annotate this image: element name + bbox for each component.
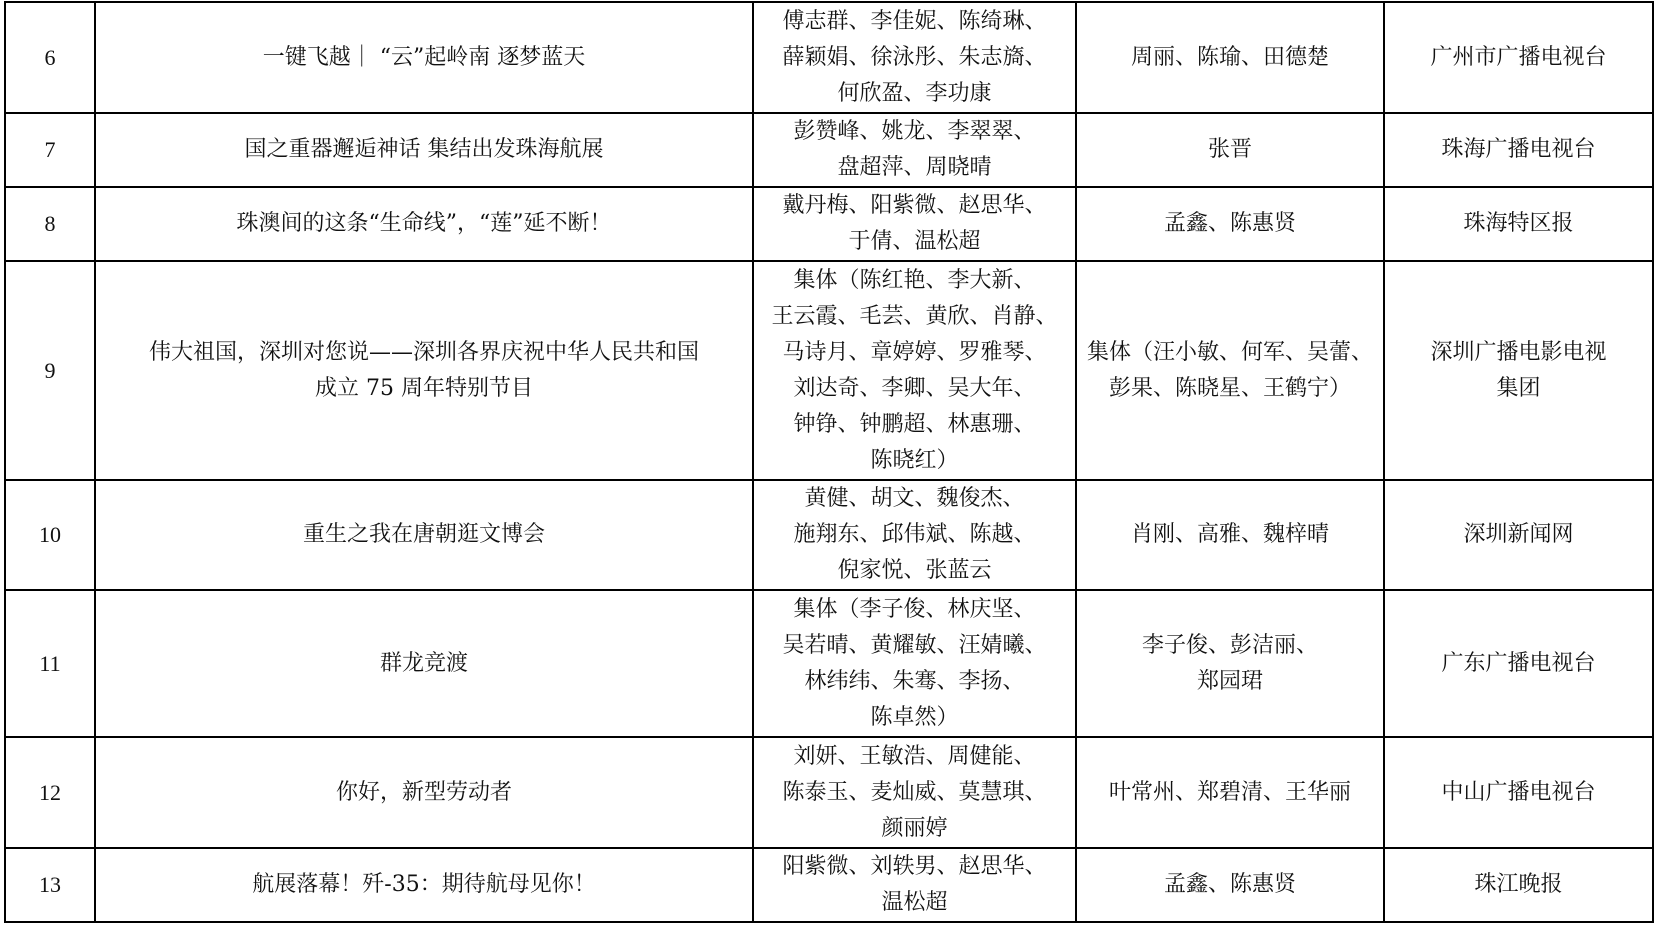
work-title-line: 一键飞越｜ “云”起岭南 逐梦蓝天 bbox=[102, 40, 746, 76]
creators-line: 傅志群、李佳妮、陈绮琳、 bbox=[760, 4, 1069, 40]
creators-line: 于倩、温松超 bbox=[760, 224, 1069, 260]
editors-cell: 孟鑫、陈惠贤 bbox=[1076, 848, 1384, 922]
organization-cell: 珠海广播电视台 bbox=[1384, 113, 1653, 187]
creators-line: 倪家悦、张蓝云 bbox=[760, 553, 1069, 589]
organization-line: 深圳广播电影电视 bbox=[1391, 335, 1646, 371]
organization-cell: 珠江晚报 bbox=[1384, 848, 1653, 922]
creators-line: 集体（李子俊、林庆坚、 bbox=[760, 592, 1069, 628]
row-number: 8 bbox=[5, 187, 95, 261]
creators-line: 彭赞峰、姚龙、李翠翠、 bbox=[760, 114, 1069, 150]
creators-line: 林纬纬、朱骞、李扬、 bbox=[760, 664, 1069, 700]
creators-cell: 彭赞峰、姚龙、李翠翠、 盘超萍、周晓晴 bbox=[753, 113, 1076, 187]
organization-line: 广东广播电视台 bbox=[1391, 646, 1646, 682]
creators-line: 戴丹梅、阳紫微、赵思华、 bbox=[760, 188, 1069, 224]
editors-cell: 周丽、陈瑜、田德楚 bbox=[1076, 2, 1384, 113]
creators-cell: 傅志群、李佳妮、陈绮琳、 薛颖娟、徐泳彤、朱志旖、 何欣盈、李功康 bbox=[753, 2, 1076, 113]
organization-line: 广州市广播电视台 bbox=[1391, 40, 1646, 76]
table-row: 12 你好，新型劳动者 刘妍、王敏浩、周健能、 陈泰玉、麦灿威、莫慧琪、 颜丽婷… bbox=[5, 737, 1653, 848]
editors-cell: 叶常州、郑碧清、王华丽 bbox=[1076, 737, 1384, 848]
table-row: 6 一键飞越｜ “云”起岭南 逐梦蓝天 傅志群、李佳妮、陈绮琳、 薛颖娟、徐泳彤… bbox=[5, 2, 1653, 113]
editors-cell: 张晋 bbox=[1076, 113, 1384, 187]
creators-cell: 刘妍、王敏浩、周健能、 陈泰玉、麦灿威、莫慧琪、 颜丽婷 bbox=[753, 737, 1076, 848]
editors-line: 孟鑫、陈惠贤 bbox=[1083, 867, 1377, 903]
organization-cell: 广州市广播电视台 bbox=[1384, 2, 1653, 113]
creators-line: 陈泰玉、麦灿威、莫慧琪、 bbox=[760, 775, 1069, 811]
work-title: 群龙竞渡 bbox=[95, 590, 753, 737]
work-title: 重生之我在唐朝逛文博会 bbox=[95, 480, 753, 590]
row-number: 6 bbox=[5, 2, 95, 113]
organization-line: 珠海特区报 bbox=[1391, 206, 1646, 242]
editors-line: 肖刚、高雅、魏梓晴 bbox=[1083, 517, 1377, 553]
organization-line: 集团 bbox=[1391, 371, 1646, 407]
creators-line: 颜丽婷 bbox=[760, 811, 1069, 847]
creators-cell: 阳紫微、刘轶男、赵思华、 温松超 bbox=[753, 848, 1076, 922]
creators-line: 陈晓红） bbox=[760, 443, 1069, 479]
organization-cell: 中山广播电视台 bbox=[1384, 737, 1653, 848]
editors-line: 张晋 bbox=[1083, 132, 1377, 168]
work-title: 伟大祖国，深圳对您说——深圳各界庆祝中华人民共和国 成立 75 周年特别节目 bbox=[95, 261, 753, 480]
row-number: 11 bbox=[5, 590, 95, 737]
editors-cell: 集体（汪小敏、何军、吴蕾、 彭果、陈晓星、王鹤宁） bbox=[1076, 261, 1384, 480]
work-title: 珠澳间的这条“生命线”，“莲”延不断！ bbox=[95, 187, 753, 261]
organization-cell: 珠海特区报 bbox=[1384, 187, 1653, 261]
organization-line: 中山广播电视台 bbox=[1391, 775, 1646, 811]
creators-line: 马诗月、章婷婷、罗雅琴、 bbox=[760, 335, 1069, 371]
organization-cell: 深圳新闻网 bbox=[1384, 480, 1653, 590]
table-row: 7 国之重器邂逅神话 集结出发珠海航展 彭赞峰、姚龙、李翠翠、 盘超萍、周晓晴 … bbox=[5, 113, 1653, 187]
editors-line: 集体（汪小敏、何军、吴蕾、 bbox=[1083, 335, 1377, 371]
awards-table: 6 一键飞越｜ “云”起岭南 逐梦蓝天 傅志群、李佳妮、陈绮琳、 薛颖娟、徐泳彤… bbox=[4, 1, 1654, 923]
table-row: 8 珠澳间的这条“生命线”，“莲”延不断！ 戴丹梅、阳紫微、赵思华、 于倩、温松… bbox=[5, 187, 1653, 261]
editors-line: 孟鑫、陈惠贤 bbox=[1083, 206, 1377, 242]
row-number: 7 bbox=[5, 113, 95, 187]
row-number: 13 bbox=[5, 848, 95, 922]
creators-line: 刘达奇、李卿、吴大年、 bbox=[760, 371, 1069, 407]
work-title-line: 群龙竞渡 bbox=[102, 646, 746, 682]
creators-line: 何欣盈、李功康 bbox=[760, 76, 1069, 112]
work-title: 航展落幕！歼-35：期待航母见你！ bbox=[95, 848, 753, 922]
creators-line: 吴若晴、黄耀敏、汪婧曦、 bbox=[760, 628, 1069, 664]
editors-line: 周丽、陈瑜、田德楚 bbox=[1083, 40, 1377, 76]
work-title-line: 成立 75 周年特别节目 bbox=[102, 371, 746, 407]
organization-line: 珠江晚报 bbox=[1391, 867, 1646, 903]
table-row: 9 伟大祖国，深圳对您说——深圳各界庆祝中华人民共和国 成立 75 周年特别节目… bbox=[5, 261, 1653, 480]
creators-line: 阳紫微、刘轶男、赵思华、 bbox=[760, 849, 1069, 885]
creators-line: 温松超 bbox=[760, 885, 1069, 921]
editors-cell: 孟鑫、陈惠贤 bbox=[1076, 187, 1384, 261]
creators-line: 钟铮、钟鹏超、林惠珊、 bbox=[760, 407, 1069, 443]
table-row: 10 重生之我在唐朝逛文博会 黄健、胡文、魏俊杰、 施翔东、邱伟斌、陈越、 倪家… bbox=[5, 480, 1653, 590]
organization-line: 深圳新闻网 bbox=[1391, 517, 1646, 553]
creators-cell: 戴丹梅、阳紫微、赵思华、 于倩、温松超 bbox=[753, 187, 1076, 261]
work-title: 国之重器邂逅神话 集结出发珠海航展 bbox=[95, 113, 753, 187]
organization-cell: 深圳广播电影电视 集团 bbox=[1384, 261, 1653, 480]
organization-cell: 广东广播电视台 bbox=[1384, 590, 1653, 737]
creators-line: 刘妍、王敏浩、周健能、 bbox=[760, 739, 1069, 775]
work-title-line: 珠澳间的这条“生命线”，“莲”延不断！ bbox=[102, 206, 746, 242]
creators-cell: 黄健、胡文、魏俊杰、 施翔东、邱伟斌、陈越、 倪家悦、张蓝云 bbox=[753, 480, 1076, 590]
row-number: 9 bbox=[5, 261, 95, 480]
creators-line: 盘超萍、周晓晴 bbox=[760, 150, 1069, 186]
creators-line: 薛颖娟、徐泳彤、朱志旖、 bbox=[760, 40, 1069, 76]
creators-cell: 集体（李子俊、林庆坚、 吴若晴、黄耀敏、汪婧曦、 林纬纬、朱骞、李扬、 陈卓然） bbox=[753, 590, 1076, 737]
work-title: 一键飞越｜ “云”起岭南 逐梦蓝天 bbox=[95, 2, 753, 113]
creators-line: 施翔东、邱伟斌、陈越、 bbox=[760, 517, 1069, 553]
work-title-line: 重生之我在唐朝逛文博会 bbox=[102, 517, 746, 553]
row-number: 10 bbox=[5, 480, 95, 590]
creators-cell: 集体（陈红艳、李大新、 王云霞、毛芸、黄欣、肖静、 马诗月、章婷婷、罗雅琴、 刘… bbox=[753, 261, 1076, 480]
organization-line: 珠海广播电视台 bbox=[1391, 132, 1646, 168]
work-title-line: 国之重器邂逅神话 集结出发珠海航展 bbox=[102, 132, 746, 168]
editors-cell: 李子俊、彭洁丽、 郑园珺 bbox=[1076, 590, 1384, 737]
editors-cell: 肖刚、高雅、魏梓晴 bbox=[1076, 480, 1384, 590]
work-title: 你好，新型劳动者 bbox=[95, 737, 753, 848]
work-title-line: 航展落幕！歼-35：期待航母见你！ bbox=[102, 867, 746, 903]
editors-line: 李子俊、彭洁丽、 bbox=[1083, 628, 1377, 664]
table-row: 13 航展落幕！歼-35：期待航母见你！ 阳紫微、刘轶男、赵思华、 温松超 孟鑫… bbox=[5, 848, 1653, 922]
creators-line: 陈卓然） bbox=[760, 700, 1069, 736]
editors-line: 郑园珺 bbox=[1083, 664, 1377, 700]
editors-line: 叶常州、郑碧清、王华丽 bbox=[1083, 775, 1377, 811]
work-title-line: 你好，新型劳动者 bbox=[102, 775, 746, 811]
creators-line: 集体（陈红艳、李大新、 bbox=[760, 263, 1069, 299]
editors-line: 彭果、陈晓星、王鹤宁） bbox=[1083, 371, 1377, 407]
creators-line: 王云霞、毛芸、黄欣、肖静、 bbox=[760, 299, 1069, 335]
work-title-line: 伟大祖国，深圳对您说——深圳各界庆祝中华人民共和国 bbox=[102, 335, 746, 371]
creators-line: 黄健、胡文、魏俊杰、 bbox=[760, 481, 1069, 517]
table-row: 11 群龙竞渡 集体（李子俊、林庆坚、 吴若晴、黄耀敏、汪婧曦、 林纬纬、朱骞、… bbox=[5, 590, 1653, 737]
row-number: 12 bbox=[5, 737, 95, 848]
